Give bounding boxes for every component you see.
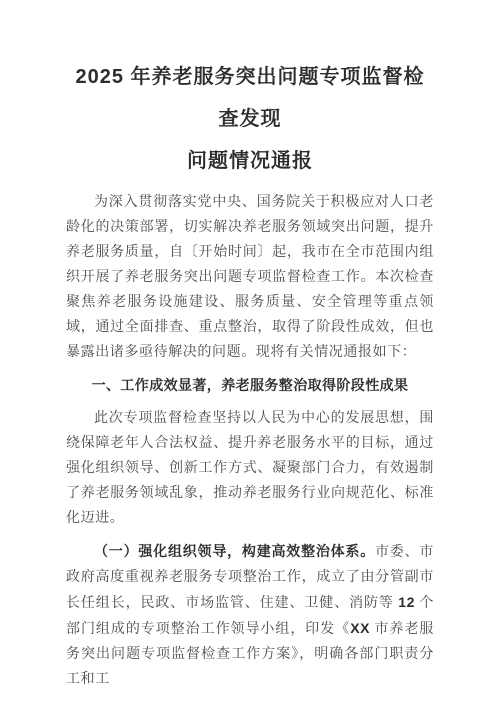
title-line-2: 问题情况通报 [66, 140, 434, 182]
document-page: 2025 年养老服务突出问题专项监督检查发现 问题情况通报 为深入贯彻落实党中央… [0, 0, 500, 708]
bold-text-run: （一）强化组织领导，构建高效整治体系。 [94, 543, 375, 559]
bold-text-run: XX [350, 620, 370, 636]
paragraph: （一）强化组织领导，构建高效整治体系。市委、市政府高度重视养老服务专项整治工作，… [66, 539, 434, 692]
paragraph: 为深入贯彻落实党中央、国务院关于积极应对人口老龄化的决策部署，切实解决养老服务领… [66, 190, 434, 365]
section-heading: 一、工作成效显著，养老服务整治取得阶段性成果 [66, 373, 434, 398]
paragraph: 此次专项监督检查坚持以人民为中心的发展思想，围绕保障老年人合法权益、提升养老服务… [66, 406, 434, 531]
text-run: 此次专项监督检查坚持以人民为中心的发展思想，围绕保障老年人合法权益、提升养老服务… [66, 411, 434, 526]
text-run: 为深入贯彻落实党中央、国务院关于积极应对人口老龄化的决策部署，切实解决养老服务领… [66, 195, 434, 360]
bold-text-run: 12 [398, 594, 415, 610]
document-body: 为深入贯彻落实党中央、国务院关于积极应对人口老龄化的决策部署，切实解决养老服务领… [66, 190, 434, 692]
document-title: 2025 年养老服务突出问题专项监督检查发现 问题情况通报 [66, 56, 434, 182]
title-line-1: 2025 年养老服务突出问题专项监督检查发现 [66, 56, 434, 140]
bold-text-run: 一、工作成效显著，养老服务整治取得阶段性成果 [92, 377, 409, 393]
